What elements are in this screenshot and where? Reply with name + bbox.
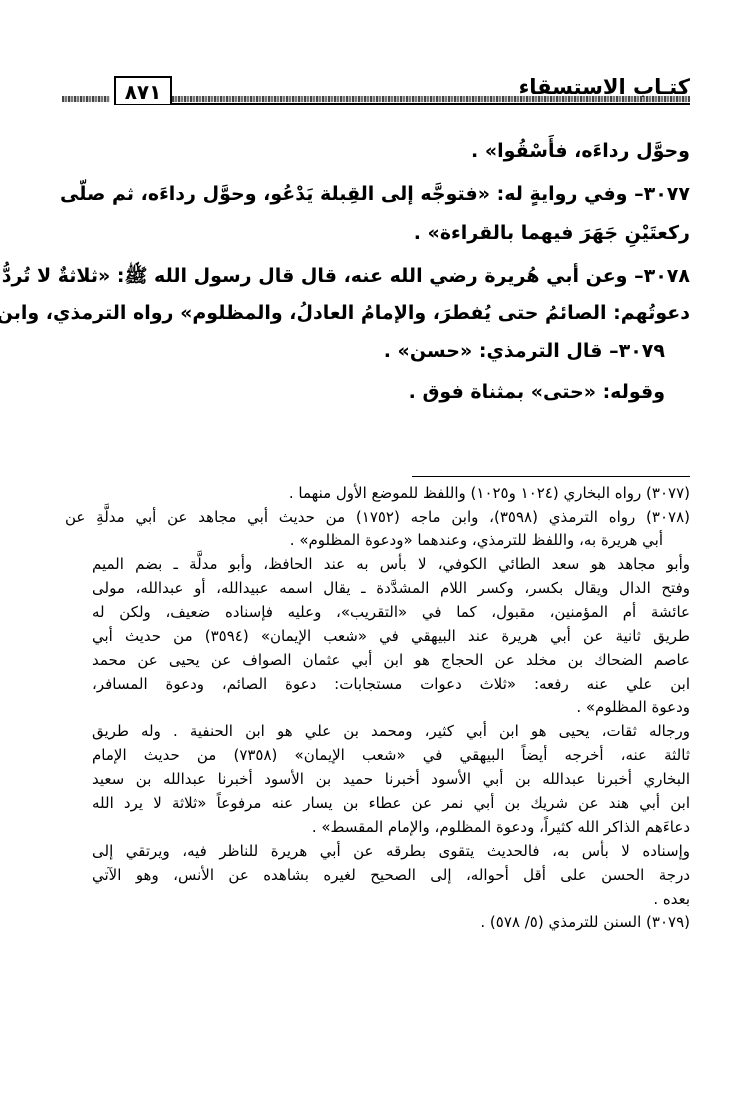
footnote-separator [412,476,690,477]
footnote-3078-line-6: طريق ثانية عن أبي هريرة عند البيهقي في «… [92,627,690,645]
footnote-3078-line-13: ابن أبي هند عن شريك بن أبي نمر عن عطاء ب… [92,794,690,812]
chapter-title: كتـاب الاستسقاء [519,74,690,100]
footnote-3078-line-4: وفتح الدال ويقال بكسر، وكسر اللام المشدَ… [92,579,690,597]
footnote-3078-line-16: درجة الحسن على أقل أحواله، إلى الصحيح لغ… [92,866,690,884]
book-page: ٨٧١ كتـاب الاستسقاء وحوَّل رداءَه، فأَسْ… [0,0,755,1096]
hadith-3079: ٣٠٧٩– قال الترمذي: «حسن» . [45,340,665,362]
footnote-3078-line-2: أبي هريرة به، واللفظ للترمذي، وعندهما «و… [65,531,663,549]
main-line-1: وحوَّل رداءَه، فأَسْقُوا» . [70,140,690,162]
footnote-3078-line-3: وأبو مجاهد هو سعد الطائي الكوفي، لا بأس … [92,555,690,573]
page-header: ٨٧١ كتـاب الاستسقاء [62,74,690,108]
header-ornament-left [62,96,110,102]
footnote-3078-line-9: ودعوة المظلوم» . [92,698,690,716]
footnote-3078-line-1: (٣٠٧٨) رواه الترمذي (٣٥٩٨)، وابن ماجه (١… [65,508,690,526]
footnote-3078-line-7: عاصم الضحاك بن مخلد عن الحجاج هو ابن أبي… [92,651,690,669]
footnote-3079: (٣٠٧٩) السنن للترمذي (٥/ ٥٧٨) . [65,913,690,931]
footnote-3078-line-10: ورجاله ثقات، يحيى هو ابن أبي كثير، ومحمد… [92,722,690,740]
footnote-3078-line-8: ابن علي عنه رفعه: «ثلاث دعوات مستجابات: … [92,675,690,693]
hadith-3077-line-2: ركعتَيْنِ جَهَرَ فيهما بالقراءة» . [70,222,690,244]
footnote-3078-line-5: عائشة أم المؤمنين، مقبول، كما في «التقري… [92,603,690,621]
hadith-3077-line-1: ٣٠٧٧– وفي روايةٍ له: «فتوجَّه إلى القِبل… [70,183,690,205]
footnote-3078-line-11: ثالثة عنه، أخرجه أيضاً البيهقي في «شعب ا… [92,746,690,764]
footnote-3077: (٣٠٧٧) رواه البخاري (١٠٢٤ و١٠٢٥) واللفظ … [65,484,690,502]
footnote-3078-line-14: دعاءَهم الذاكر الله كثيراً، ودعوة المظلو… [92,818,690,836]
page-number: ٨٧١ [114,76,172,104]
main-note: وقوله: «حتى» بمثناة فوق . [45,381,665,403]
header-rule [114,103,690,105]
hadith-3078-line-1: ٣٠٧٨– وعن أبي هُريرة رضي الله عنه، قال ق… [70,264,690,292]
hadith-3078-line-2: دعوتُهم: الصائمُ حتى يُفطرَ، والإمامُ ال… [70,302,690,324]
footnote-3078-line-12: البخاري أخبرنا عبدالله بن أبي الأسود أخب… [92,770,690,788]
footnote-3078-line-17: بعده . [92,890,690,908]
footnote-3078-line-15: وإسناده لا بأس به، فالحديث يتقوى بطرقه ع… [92,842,690,860]
